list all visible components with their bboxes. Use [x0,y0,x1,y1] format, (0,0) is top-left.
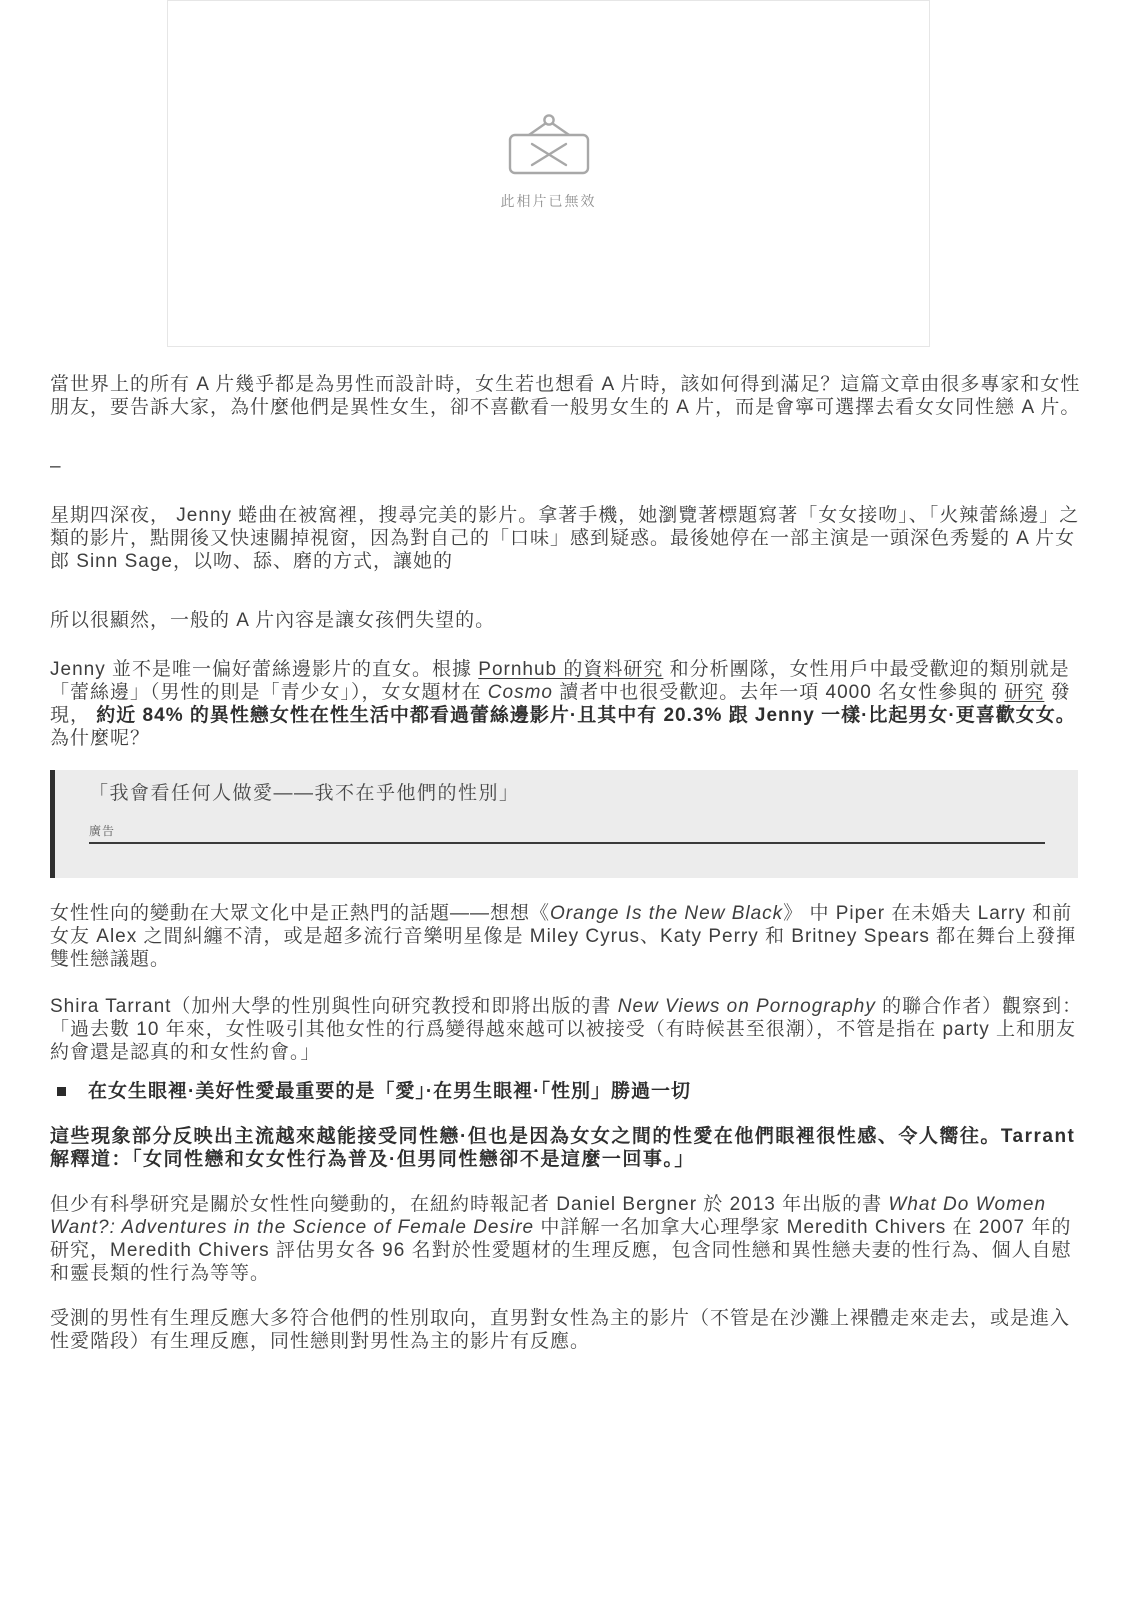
text-segment: 為什麼呢？ [50,728,150,749]
article-paragraph: 受測的男性有生理反應大多符合他們的性別取向，直男對女性為主的影片（不管是在沙灘上… [50,1307,1085,1353]
pull-quote: 「我會看任何人做愛——我不在乎他們的性別」廣告 [50,770,1078,878]
article-paragraph: Shira Tarrant（加州大學的性別與性向研究教授和即將出版的書 New … [50,995,1085,1064]
text-segment: 這些現象部分反映出主流越來越能接受同性戀·但也是因為女女之間的性愛在他們眼裡很性… [50,1126,1075,1170]
text-segment: 在女生眼裡·美好性愛最重要的是「愛」·在男生眼裡·「性別」勝過一切 [88,1081,691,1102]
text-segment: 讀者中也很受歡迎。去年一項 4000 名女性參與的 [553,682,1004,703]
text-segment: 所以很顯然，一般的 A 片內容是讓女孩們失望的。 [50,610,495,631]
article-paragraph: 所以很顯然，一般的 A 片內容是讓女孩們失望的。 [50,609,1085,632]
article-paragraph: 但少有科學研究是關於女性性向變動的，在紐約時報記者 Daniel Bergner… [50,1193,1085,1285]
article-body: 當世界上的所有 A 片幾乎都是為男性而設計時，女生若也想看 A 片時，該如何得到… [50,373,1085,1353]
text-segment: – [50,456,61,477]
bullet-item: 在女生眼裡·美好性愛最重要的是「愛」·在男生眼裡·「性別」勝過一切 [50,1080,1085,1103]
text-segment: Shira Tarrant（加州大學的性別與性向研究教授和即將出版的書 [50,996,618,1017]
article-paragraph: 當世界上的所有 A 片幾乎都是為男性而設計時，女生若也想看 A 片時，該如何得到… [50,373,1085,419]
text-segment: 星期四深夜， Jenny 蜷曲在被窩裡，搜尋完美的影片。拿著手機，她瀏覽著標題寫… [50,505,1079,572]
bullet-square-icon [57,1087,66,1096]
ad-label: 廣告 [89,824,115,838]
article-paragraph: 女性性向的變動在大眾文化中是正熱門的話題——想想《Orange Is the N… [50,902,1085,971]
inline-link[interactable]: Pornhub 的資料研究 [478,659,663,680]
article-paragraph: 星期四深夜， Jenny 蜷曲在被窩裡，搜尋完美的影片。拿著手機，她瀏覽著標題寫… [50,504,1085,573]
article-page: 此相片已無效 當世界上的所有 A 片幾乎都是為男性而設計時，女生若也想看 A 片… [0,0,1133,1389]
article-paragraph: Jenny 並不是唯一偏好蕾絲邊影片的直女。根據 Pornhub 的資料研究 和… [50,658,1085,750]
text-segment: 但少有科學研究是關於女性性向變動的，在紐約時報記者 Daniel Bergner… [50,1194,888,1215]
text-segment: Orange Is the New Black [550,903,783,924]
quote-text: 「我會看任何人做愛——我不在乎他們的性別」 [89,782,1048,806]
broken-image-label: 此相片已無效 [501,191,597,211]
separator-dash: – [50,455,1085,478]
text-segment: 受測的男性有生理反應大多符合他們的性別取向，直男對女性為主的影片（不管是在沙灘上… [50,1308,1070,1352]
text-segment: 當世界上的所有 A 片幾乎都是為男性而設計時，女生若也想看 A 片時，該如何得到… [50,374,1080,418]
text-segment: Cosmo [488,682,553,703]
broken-photo-icon [504,113,594,175]
text-segment: New Views on Pornography [618,996,876,1017]
text-segment: 女性性向的變動在大眾文化中是正熱門的話題——想想《 [50,903,550,924]
bullet-text: 在女生眼裡·美好性愛最重要的是「愛」·在男生眼裡·「性別」勝過一切 [88,1080,691,1103]
article-paragraph: 這些現象部分反映出主流越來越能接受同性戀·但也是因為女女之間的性愛在他們眼裡很性… [50,1125,1085,1171]
text-segment: 約近 84% 的異性戀女性在性生活中都看過蕾絲邊影片·且其中有 20.3% 跟 … [96,705,1075,726]
broken-image-placeholder: 此相片已無效 [167,0,930,347]
text-segment: Jenny 並不是唯一偏好蕾絲邊影片的直女。根據 [50,659,478,680]
ad-divider: 廣告 [89,822,1045,844]
inline-link[interactable]: 研究 [1004,682,1044,703]
